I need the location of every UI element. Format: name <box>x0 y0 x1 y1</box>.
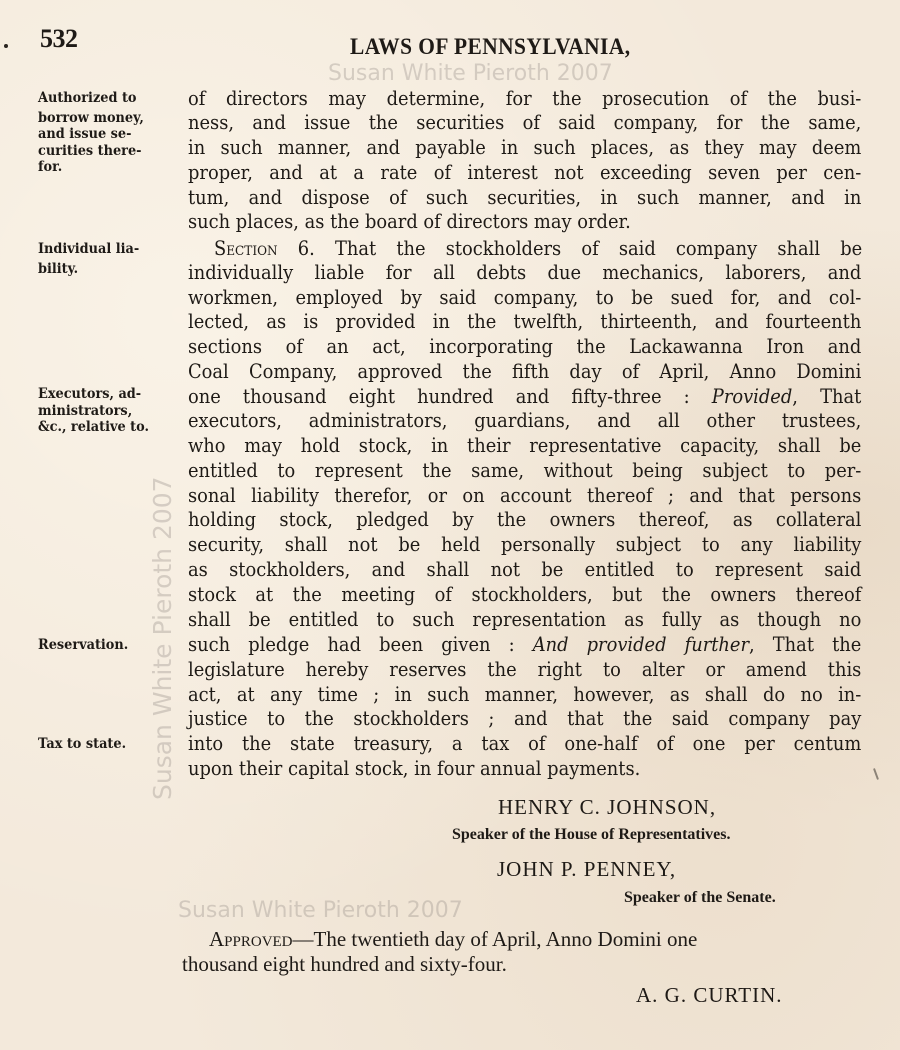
margin-note-reservation: Reservation. <box>38 636 128 656</box>
watermark-top: Susan White Pieroth 2007 <box>328 61 613 86</box>
body-line: Coal Company, approved the fifth day of … <box>188 360 861 384</box>
body-line: such places, as the board of directors m… <box>188 210 861 234</box>
margin-note-line: Tax to state. <box>38 735 126 755</box>
body-line: sections of an act, incorporating the La… <box>188 335 861 359</box>
ink-speck <box>4 44 8 48</box>
body-line: who may hold stock, in their representat… <box>188 434 861 458</box>
italic-provided: Provided <box>712 385 792 408</box>
approval-line-2: thousand eight hundred and sixty-four. <box>182 952 507 977</box>
body-line: sonal liability therefor, or on account … <box>188 484 861 508</box>
body-text: , That the <box>749 633 861 656</box>
margin-note-line: Reservation. <box>38 636 128 656</box>
italic-provided-further: And provided further <box>533 633 749 656</box>
body-line: holding stock, pledged by the owners the… <box>188 508 861 532</box>
paper-mark <box>873 768 879 780</box>
body-line: act, at any time ; in such manner, howev… <box>188 683 861 707</box>
body-line: workmen, employed by said company, to be… <box>188 286 861 310</box>
watermark-bottom: Susan White Pieroth 2007 <box>178 898 463 923</box>
body-line-provided: one thousand eight hundred and fifty-thr… <box>188 385 861 409</box>
margin-note-tax: Tax to state. <box>38 735 126 755</box>
signature-title-senate-speaker: Speaker of the Senate. <box>624 889 776 907</box>
body-line: tum, and dispose of such securities, in … <box>188 186 861 210</box>
body-text: one thousand eight hundred and fifty-thr… <box>188 385 712 408</box>
margin-note-authorized: Authorized to borrow money, and issue se… <box>38 89 144 178</box>
body-text: That the stockholders of said company sh… <box>315 237 862 260</box>
watermark-side: Susan White Pieroth 2007 <box>148 476 177 800</box>
margin-note-line: &c., relative to. <box>38 418 149 438</box>
book-page: 532 LAWS OF PENNSYLVANIA, Susan White Pi… <box>0 0 900 1050</box>
body-line: lected, as is provided in the twelfth, t… <box>188 310 861 334</box>
body-line: security, shall not be held personally s… <box>188 533 861 557</box>
body-line: executors, administrators, guardians, an… <box>188 409 861 433</box>
margin-note-executors: Executors, ad- ministrators, &c., relati… <box>38 385 149 438</box>
body-line: as stockholders, and shall not be entitl… <box>188 558 861 582</box>
running-title: LAWS OF PENNSYLVANIA, <box>350 34 631 60</box>
page-number: 532 <box>40 24 78 54</box>
body-line: upon their capital stock, in four annual… <box>188 757 861 781</box>
body-text: such pledge had been given : <box>188 633 533 656</box>
approval-text: —The twentieth day of April, Anno Domini… <box>293 927 698 951</box>
signature-title-house-speaker: Speaker of the House of Representatives. <box>452 826 731 844</box>
body-line-provided-further: such pledge had been given : And provide… <box>188 633 861 657</box>
signature-name-senate-speaker: JOHN P. PENNEY, <box>497 857 676 882</box>
body-line: shall be entitled to such representation… <box>188 608 861 632</box>
body-text: , That <box>792 385 861 408</box>
body-line: legislature hereby reserves the right to… <box>188 658 861 682</box>
governor-signature: A. G. CURTIN. <box>636 983 783 1008</box>
body-line: in such manner, and payable in such plac… <box>188 136 861 160</box>
body-line: justice to the stockholders ; and that t… <box>188 707 861 731</box>
body-line: individually liable for all debts due me… <box>188 261 861 285</box>
margin-note-line: Individual lia- <box>38 240 139 260</box>
body-line: into the state treasury, a tax of one-ha… <box>188 732 861 756</box>
body-line: stock at the meeting of stockholders, bu… <box>188 583 861 607</box>
approval-line-1: Approved—The twentieth day of April, Ann… <box>209 927 697 952</box>
signature-name-house-speaker: HENRY C. JOHNSON, <box>498 795 716 820</box>
section-6-first-line: Section 6. That the stockholders of said… <box>214 237 862 261</box>
approved-label: Approved <box>209 927 293 951</box>
margin-note-line: Authorized to <box>38 89 144 109</box>
section-label: Section 6. <box>214 237 315 260</box>
body-line: of directors may determine, for the pros… <box>188 87 861 111</box>
margin-note-individual-liability: Individual lia- bility. <box>38 240 139 279</box>
body-line: entitled to represent the same, without … <box>188 459 861 483</box>
margin-note-line: bility. <box>38 260 139 280</box>
body-line: ness, and issue the securities of said c… <box>188 111 861 135</box>
body-line: proper, and at a rate of interest not ex… <box>188 161 861 185</box>
